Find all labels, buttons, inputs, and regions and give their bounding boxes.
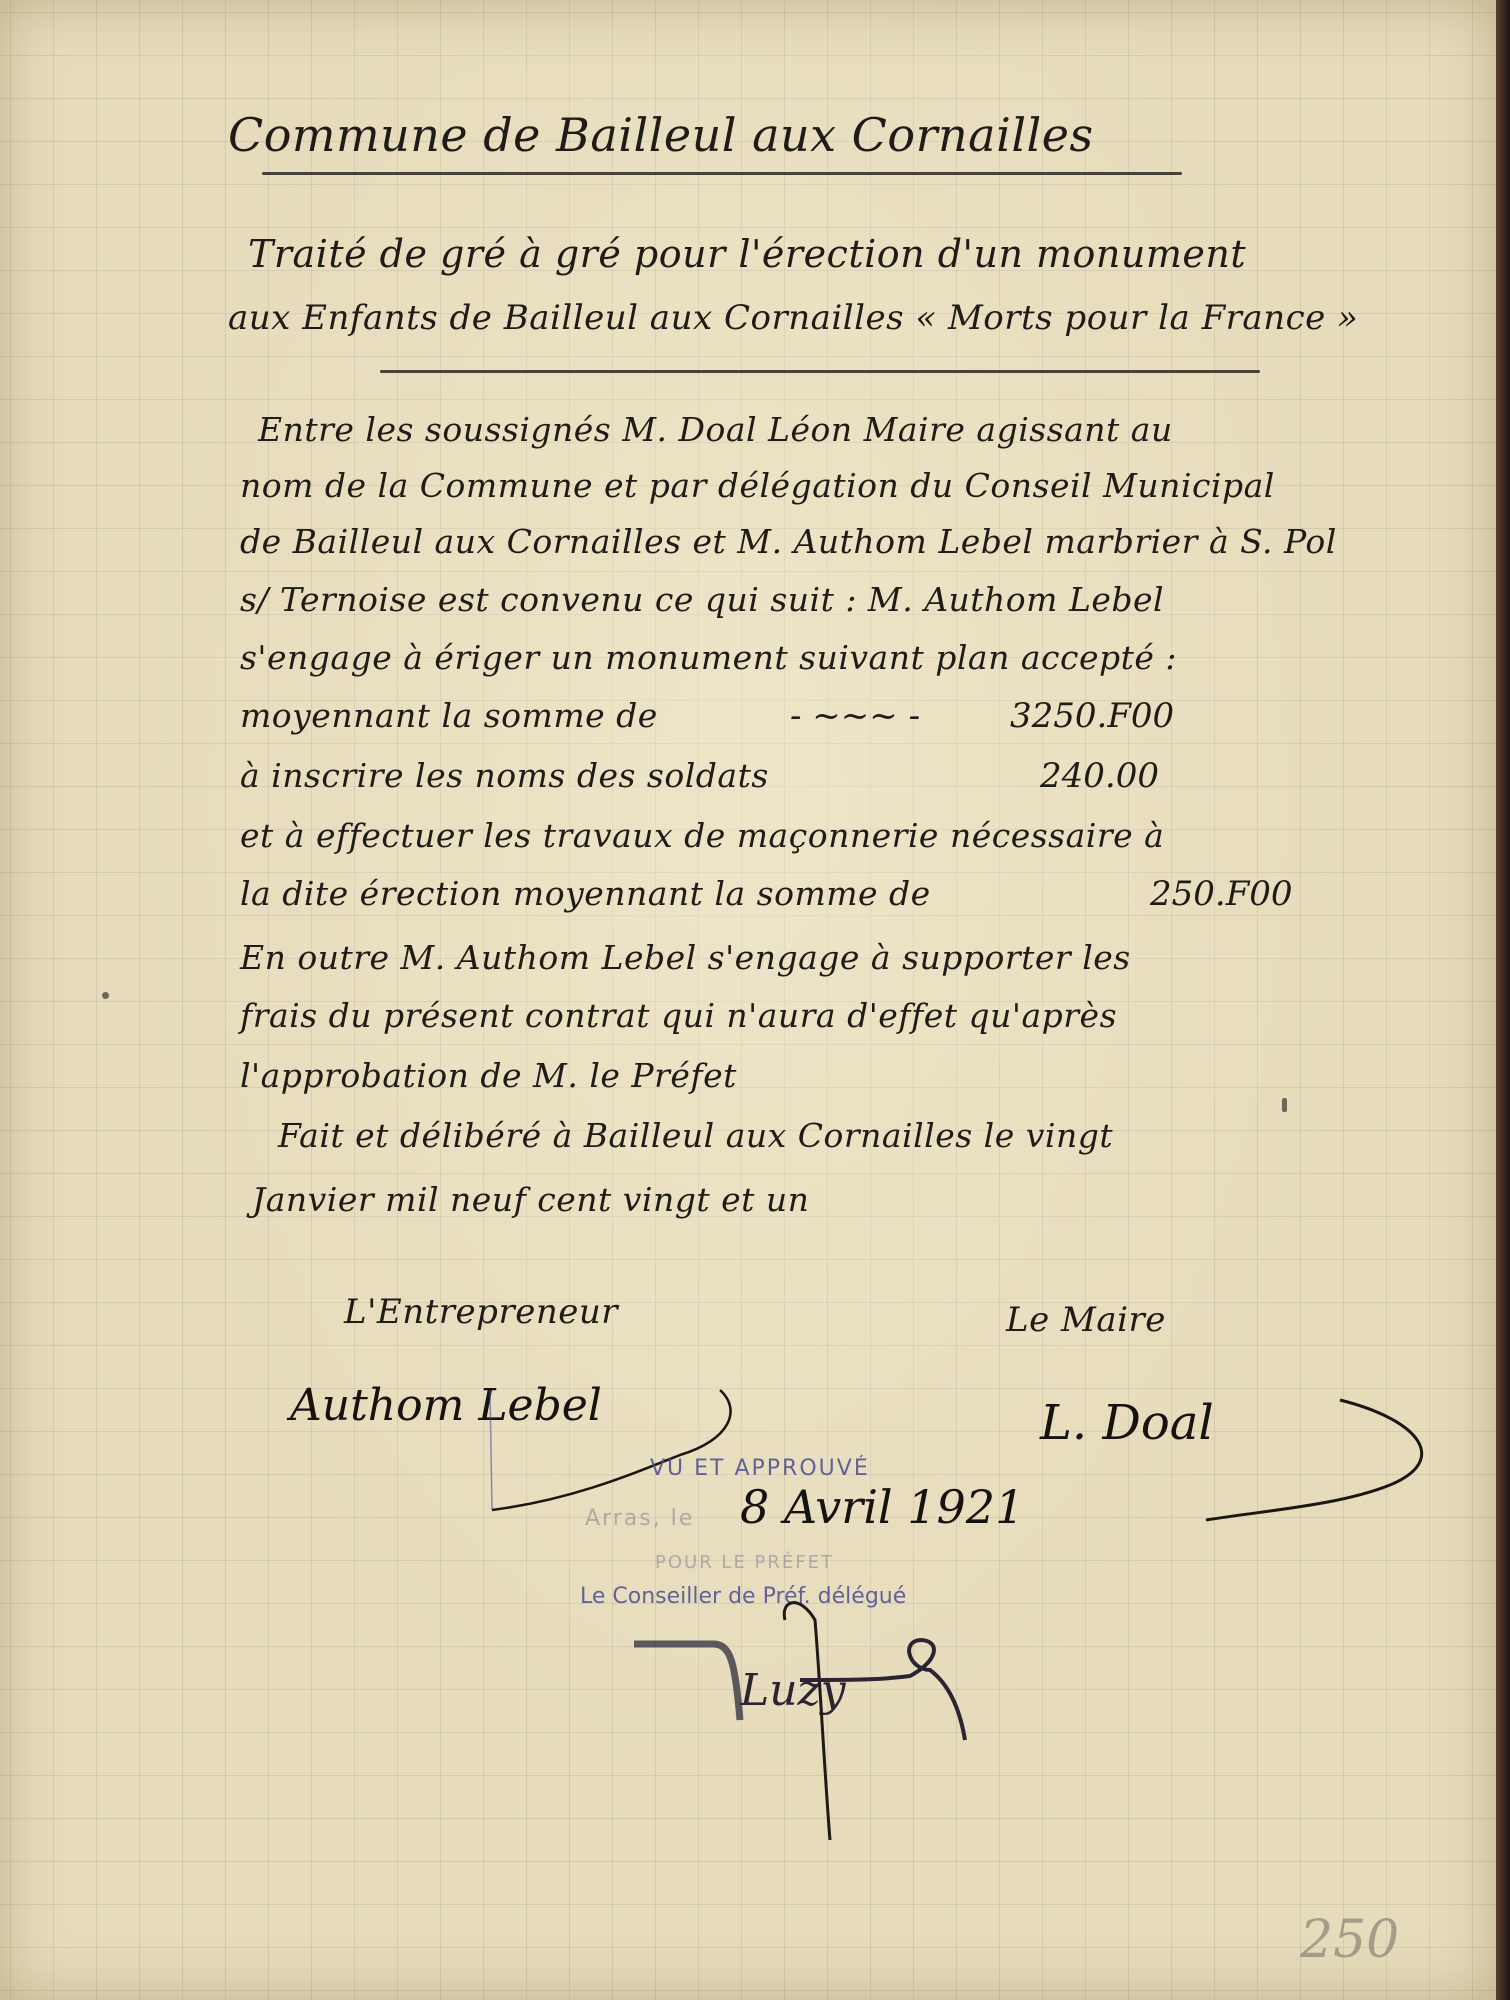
ink-blot — [1282, 1098, 1287, 1112]
monument-amount: 3250.F00 — [1010, 696, 1174, 736]
body-line-13: Fait et délibéré à Bailleul aux Cornaill… — [278, 1116, 1113, 1155]
pencil-archive-mark: 250 — [1300, 1910, 1399, 1970]
body-line-14: Janvier mil neuf cent vingt et un — [252, 1180, 809, 1219]
heading-underline — [262, 172, 1182, 175]
approval-stamp-header: VU ET APPROUVÉ — [650, 1456, 870, 1481]
document-heading: Commune de Bailleul aux Cornailles — [228, 108, 1094, 162]
document-page: Commune de Bailleul aux Cornailles Trait… — [0, 0, 1496, 2000]
approval-date: 8 Avril 1921 — [740, 1480, 1024, 1534]
body-line-3: de Bailleul aux Cornailles et M. Authom … — [240, 522, 1337, 561]
approval-stamp-for-prefect: POUR LE PRÉFET — [655, 1552, 834, 1573]
approval-stamp-place: Arras, le — [585, 1506, 694, 1531]
body-line-10: En outre M. Authom Lebel s'engage à supp… — [240, 938, 1131, 977]
body-line-1: Entre les soussignés M. Doal Léon Maire … — [258, 410, 1173, 449]
body-line-6: moyennant la somme de — [240, 696, 658, 735]
contractor-signature-flourish — [480, 1380, 780, 1500]
page-edge-shadow — [1496, 0, 1510, 2000]
ink-blot — [102, 992, 109, 999]
mayor-label: Le Maire — [1006, 1300, 1166, 1340]
prefect-signature-strokes — [620, 1600, 1020, 1900]
body-line-7: à inscrire les noms des soldats — [240, 756, 769, 795]
body-line-12: l'approbation de M. le Préfet — [240, 1056, 737, 1095]
body-line-5: s'engage à ériger un monument suivant pl… — [240, 638, 1177, 677]
body-line-4: s/ Ternoise est convenu ce qui suit : M.… — [240, 580, 1164, 619]
masonry-amount: 250.F00 — [1150, 874, 1293, 914]
body-line-2: nom de la Commune et par délégation du C… — [240, 466, 1275, 505]
subtitle-underline — [380, 370, 1260, 373]
body-line-8: et à effectuer les travaux de maçonnerie… — [240, 816, 1164, 855]
subtitle-line-2: aux Enfants de Bailleul aux Cornailles «… — [228, 298, 1358, 338]
contractor-label: L'Entrepreneur — [344, 1292, 618, 1332]
mayor-signature-flourish — [1180, 1390, 1480, 1530]
monument-dashes: - ~~~ - — [790, 696, 920, 736]
subtitle-line-1: Traité de gré à gré pour l'érection d'un… — [248, 232, 1246, 276]
body-line-9: la dite érection moyennant la somme de — [240, 874, 931, 913]
inscription-amount: 240.00 — [1040, 756, 1159, 796]
body-line-11: frais du présent contrat qui n'aura d'ef… — [240, 996, 1117, 1035]
